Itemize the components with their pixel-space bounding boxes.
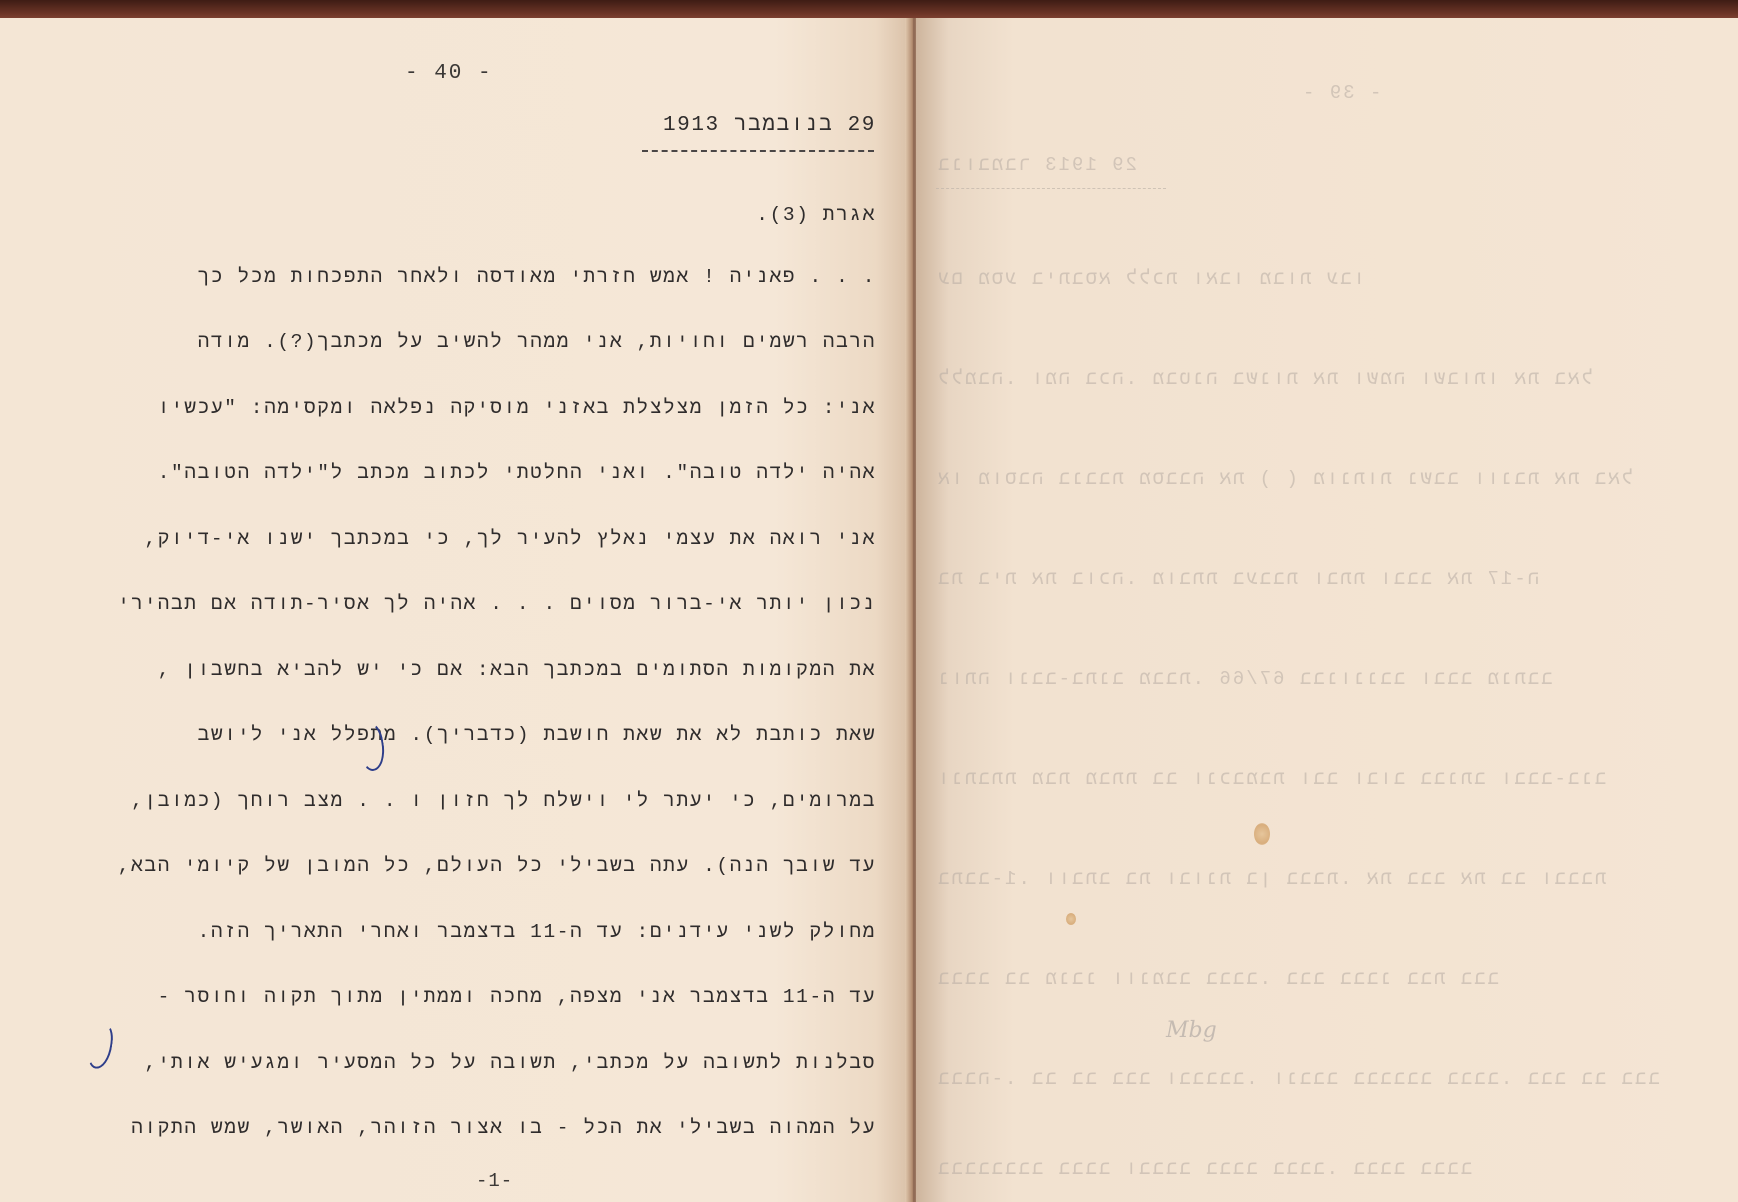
left-page: - 40 - 29 בנובמבר 1913 אגרת (3). . . . פ… [0,18,912,1202]
bleed-through-line: נותה ונבב-בתנב מבבת. 67/66 בבנוננבב ובבב… [936,668,1553,690]
page-footer-number: -1- [476,1170,513,1192]
text-line: במרומים, כי יעתר לי וישלח לך חזון ו . . … [30,790,876,812]
text-line: עד ה-11 בדצמבר אני מצפה, מחכה וממתין מתו… [30,986,876,1008]
text-line: את המקומות הסתומים במכתבך הבא: אם כי יש … [30,659,876,681]
text-line: מחולק לשני עידנים: עד ה-11 בדצמבר ואחרי … [30,921,876,943]
text-line: סבלנות לתשובה על מכתבי, תשובה על כל המסע… [30,1052,876,1074]
date-underline [642,150,874,152]
right-page: - 39 - 29 בנובמבר 1913 עם מסע ביתבסא ללכ… [916,18,1738,1202]
text-line: עד שובך הנה). עתה בשבילי כל העולם, כל המ… [30,855,876,877]
bleed-through-date: 29 בנובמבר 1913 [936,154,1137,176]
page-header-number: - 40 - [405,62,493,85]
bleed-through-line: בת בית את בוכה. מובתת בעבבת ובתת ובבב את… [936,568,1539,590]
bleed-through-underline [936,188,1166,189]
text-line: שאת כותבת לא את שאת חושבת (כדבריך). מתפל… [30,724,876,746]
text-line: הרבה רשמים וחויות, אני ממהר להשיב על מכת… [30,331,876,353]
bleed-through-line: בבבב בב מנבנ וונמבב בבבב. בבב בבבנ בבת ב… [936,968,1499,990]
paper-stain [1066,913,1076,925]
bleed-through-line: בבבבבבבב בבבב ובבבב בבבב בבבב. בבבב בבבב [936,1158,1472,1180]
bleed-through-line: ונתבתת מבת מבתת בב ונכבמבת ובב ובוב בבנת… [936,768,1606,790]
bleed-through-line: בבבה-. בב בב בבב ובבבבב. ונבבב בבבבבב בב… [936,1068,1660,1090]
letter-date: 29 בנובמבר 1913 [30,114,876,137]
letter-heading: אגרת (3). [30,204,876,226]
text-line: על המהוה בשבילי את הכל - בו אצור הזוהר, … [30,1117,876,1139]
bleed-through-line: בתבב-1. וובתב בת ובונת בן בבבת. את בבב א… [936,868,1606,890]
bleed-through-line: או מוסבה בנבבת מסבבה את ( ) מונתות נשבב … [936,468,1633,490]
bleed-through-header: - 39 - [1301,82,1381,104]
text-line: אני: כל הזמן מצלצלת באזני מוסיקה נפלאה ו… [30,397,876,419]
text-line: נכון יותר אי-ברור מסוים . . . אהיה לך אס… [30,593,876,615]
text-line: אני רואה את עצמי נאלץ להעיר לך, כי במכתב… [30,528,876,550]
bleed-through-signature: Mbg [1166,1018,1217,1043]
text-line: אהיה ילדה טובה". ואני החלטתי לכתוב מכתב … [30,462,876,484]
paper-stain [1254,823,1270,845]
bleed-through-line: עם מסע ביתבסא ללכת ואבו מבות עבו [936,268,1365,290]
text-line: . . . פאניה ! אמש חזרתי מאודסה ולאחר התפ… [30,266,876,288]
bleed-through-line: ללמבה. ומה בכה. מבטנה בשנות את ושמה ושבו… [936,368,1593,390]
